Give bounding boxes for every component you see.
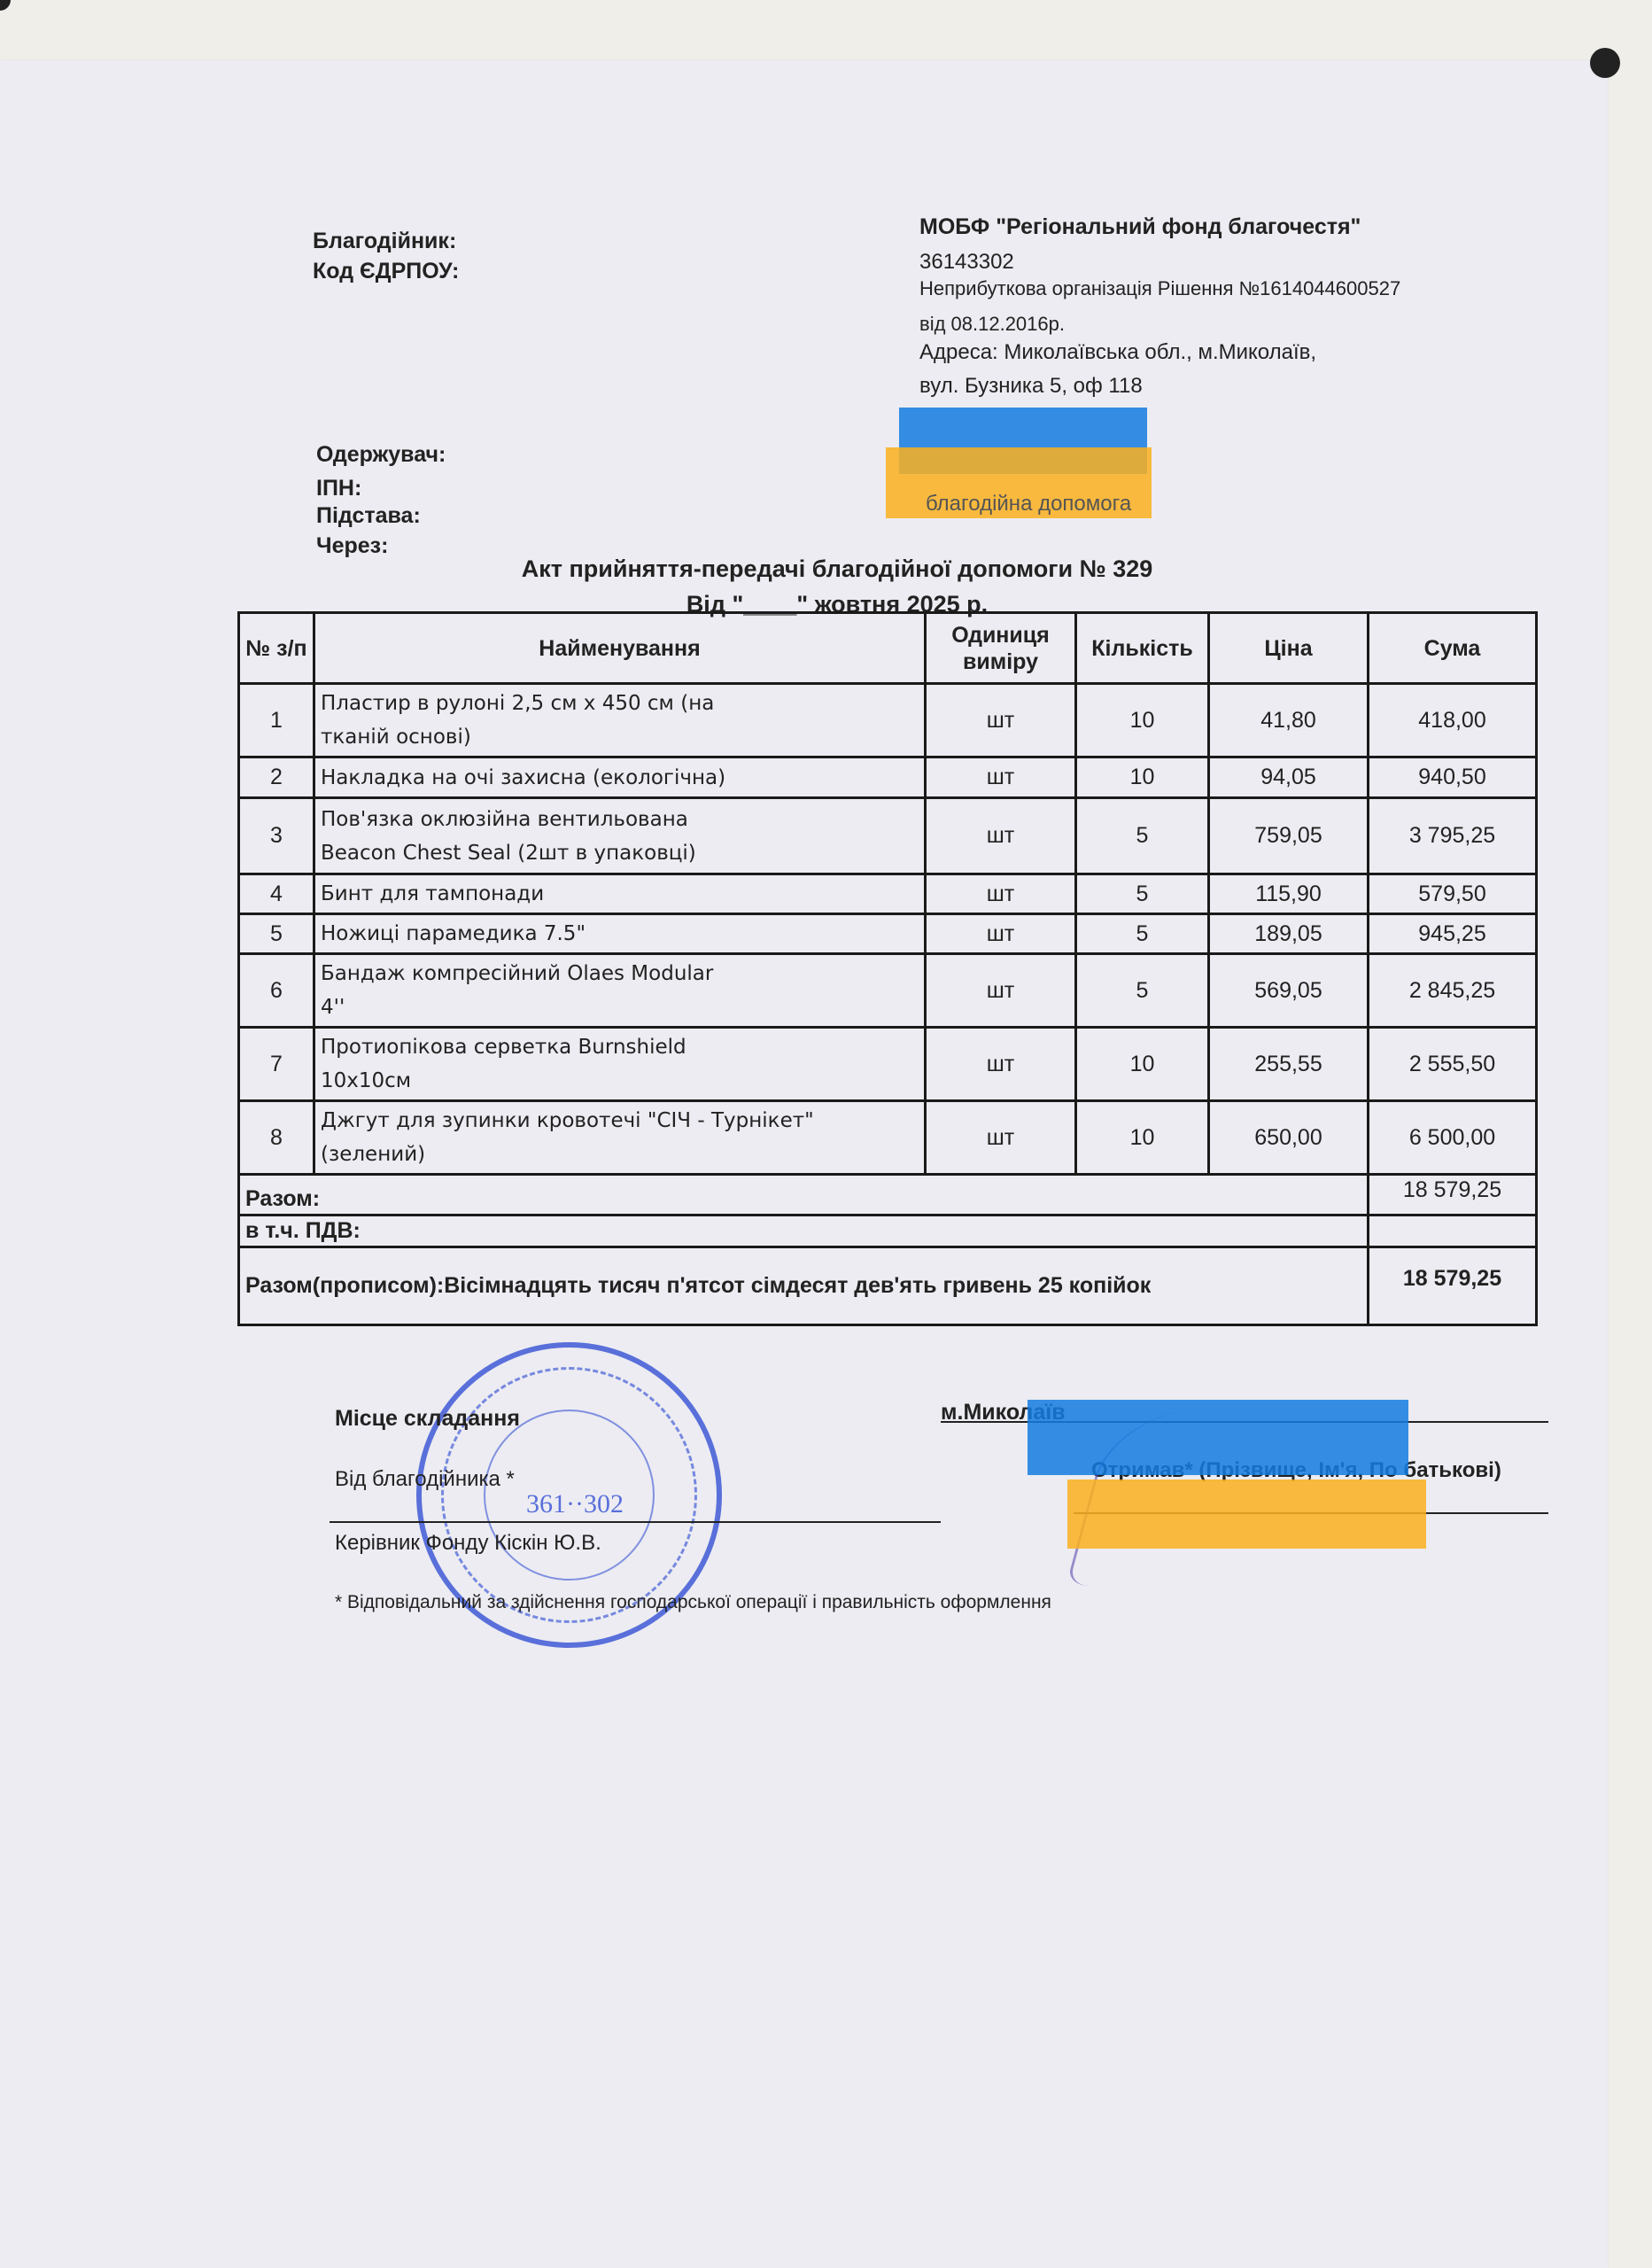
row-name: Протиопікова серветка Burnshield10x10см bbox=[314, 1028, 926, 1101]
row-sum: 945,25 bbox=[1369, 914, 1537, 954]
col-sum: Сума bbox=[1369, 613, 1537, 684]
row-name-line1: Джгут для зупинки кровотечі "СІЧ - Турні… bbox=[321, 1104, 919, 1138]
total-row: Разом: 18 579,25 bbox=[239, 1175, 1537, 1216]
row-name-line1: Ножиці парамедика 7.5" bbox=[321, 917, 919, 951]
donor-address-line1: Адреса: Миколаївська обл., м.Миколаїв, bbox=[919, 338, 1316, 367]
row-price: 94,05 bbox=[1209, 757, 1369, 798]
row-price: 41,80 bbox=[1209, 684, 1369, 757]
row-price: 759,05 bbox=[1209, 798, 1369, 874]
row-unit: шт bbox=[926, 1101, 1076, 1175]
donor-edrpou: 36143302 bbox=[919, 248, 1014, 276]
row-qty: 5 bbox=[1076, 914, 1209, 954]
row-name: Бандаж компресійний Olaes Modular4'' bbox=[314, 954, 926, 1028]
row-sum: 579,50 bbox=[1369, 874, 1537, 914]
row-name: Бинт для тампонади bbox=[314, 874, 926, 914]
table-row: 1Пластир в рулоні 2,5 см х 450 см (натка… bbox=[239, 684, 1537, 757]
col-qty: Кількість bbox=[1076, 613, 1209, 684]
row-num: 6 bbox=[239, 954, 314, 1028]
row-sum: 2 845,25 bbox=[1369, 954, 1537, 1028]
table-row: 4Бинт для тампонадишт5115,90579,50 bbox=[239, 874, 1537, 914]
table-row: 2Накладка на очі захисна (екологічна)шт1… bbox=[239, 757, 1537, 798]
row-qty: 5 bbox=[1076, 798, 1209, 874]
row-unit: шт bbox=[926, 914, 1076, 954]
row-name-line1: Пов'язка оклюзійна вентильована bbox=[321, 803, 919, 836]
ipn-label: ІПН: bbox=[316, 474, 361, 502]
table-row: 5Ножиці парамедика 7.5"шт5189,05945,25 bbox=[239, 914, 1537, 954]
row-num: 7 bbox=[239, 1028, 314, 1101]
col-price: Ціна bbox=[1209, 613, 1369, 684]
row-price: 650,00 bbox=[1209, 1101, 1369, 1175]
row-unit: шт bbox=[926, 684, 1076, 757]
via-label: Через: bbox=[316, 532, 388, 560]
row-sum: 2 555,50 bbox=[1369, 1028, 1537, 1101]
row-name: Ножиці парамедика 7.5" bbox=[314, 914, 926, 954]
row-name-line1: Протиопікова серветка Burnshield bbox=[321, 1030, 919, 1064]
row-sum: 3 795,25 bbox=[1369, 798, 1537, 874]
row-num: 3 bbox=[239, 798, 314, 874]
row-name-line2: (зелений) bbox=[321, 1138, 919, 1171]
row-num: 8 bbox=[239, 1101, 314, 1175]
row-num: 1 bbox=[239, 684, 314, 757]
total-value: 18 579,25 bbox=[1369, 1175, 1537, 1216]
place-label: Місце складання bbox=[335, 1404, 520, 1433]
document-title: Акт прийняття-передачі благодійної допом… bbox=[394, 555, 1280, 583]
row-qty: 5 bbox=[1076, 874, 1209, 914]
total-in-words-value: 18 579,25 bbox=[1369, 1247, 1537, 1325]
vat-label: в т.ч. ПДВ: bbox=[239, 1216, 1369, 1247]
donor-name: МОБФ "Регіональний фонд благочестя" bbox=[919, 214, 1361, 240]
basis-label: Підстава: bbox=[316, 501, 421, 530]
recipient-label: Одержувач: bbox=[316, 440, 446, 469]
row-name: Пластир в рулоні 2,5 см х 450 см (наткан… bbox=[314, 684, 926, 757]
row-name: Накладка на очі захисна (екологічна) bbox=[314, 757, 926, 798]
row-unit: шт bbox=[926, 798, 1076, 874]
row-name-line1: Накладка на очі захисна (екологічна) bbox=[321, 761, 919, 795]
row-unit: шт bbox=[926, 874, 1076, 914]
row-price: 255,55 bbox=[1209, 1028, 1369, 1101]
col-num: № з/п bbox=[239, 613, 314, 684]
total-in-words: Разом(прописом):Вісімнадцять тисяч п'ятс… bbox=[239, 1247, 1369, 1325]
vat-row: в т.ч. ПДВ: bbox=[239, 1216, 1537, 1247]
stamp-code: 361··302 bbox=[526, 1489, 624, 1519]
scan-corner-shadow bbox=[0, 0, 11, 11]
table-row: 7Протиопікова серветка Burnshield10x10см… bbox=[239, 1028, 1537, 1101]
row-unit: шт bbox=[926, 1028, 1076, 1101]
row-name: Джгут для зупинки кровотечі "СІЧ - Турні… bbox=[314, 1101, 926, 1175]
from-donor-label: Від благодійника * bbox=[335, 1467, 515, 1492]
row-name-line2: Beacon Chest Seal (2шт в упаковці) bbox=[321, 836, 919, 870]
row-name-line2: тканій основі) bbox=[321, 720, 919, 754]
col-name: Найменування bbox=[314, 613, 926, 684]
row-qty: 5 bbox=[1076, 954, 1209, 1028]
row-num: 2 bbox=[239, 757, 314, 798]
row-num: 4 bbox=[239, 874, 314, 914]
row-name-line1: Бинт для тампонади bbox=[321, 877, 919, 911]
row-qty: 10 bbox=[1076, 1101, 1209, 1175]
table-row: 6Бандаж компресійний Olaes Modular4''шт5… bbox=[239, 954, 1537, 1028]
row-name-line1: Бандаж компресійний Olaes Modular bbox=[321, 957, 919, 990]
donor-signature-line bbox=[330, 1521, 941, 1523]
footnote: * Відповідальний за здійснення господарс… bbox=[335, 1592, 1051, 1613]
row-qty: 10 bbox=[1076, 757, 1209, 798]
table-row: 3Пов'язка оклюзійна вентильованаBeacon C… bbox=[239, 798, 1537, 874]
total-label: Разом: bbox=[239, 1175, 1369, 1216]
edrpou-label: Код ЄДРПОУ: bbox=[313, 257, 459, 285]
row-sum: 418,00 bbox=[1369, 684, 1537, 757]
table-row: 8Джгут для зупинки кровотечі "СІЧ - Турн… bbox=[239, 1101, 1537, 1175]
row-name-line2: 4'' bbox=[321, 990, 919, 1024]
recipient-basis: благодійна допомога bbox=[926, 490, 1131, 518]
row-price: 189,05 bbox=[1209, 914, 1369, 954]
row-unit: шт bbox=[926, 757, 1076, 798]
donor-label: Благодійник: bbox=[313, 227, 456, 255]
row-unit: шт bbox=[926, 954, 1076, 1028]
row-name-line1: Пластир в рулоні 2,5 см х 450 см (на bbox=[321, 687, 919, 720]
items-table: № з/п Найменування Одиниця виміру Кількі… bbox=[237, 611, 1538, 1326]
row-num: 5 bbox=[239, 914, 314, 954]
row-qty: 10 bbox=[1076, 684, 1209, 757]
donor-status: Неприбуткова організація Рішення №161404… bbox=[919, 275, 1400, 303]
table-header-row: № з/п Найменування Одиниця виміру Кількі… bbox=[239, 613, 1537, 684]
row-price: 569,05 bbox=[1209, 954, 1369, 1028]
col-unit: Одиниця виміру bbox=[926, 613, 1076, 684]
donor-signatory: Керівник Фонду Кіскін Ю.В. bbox=[335, 1531, 601, 1556]
scan-corner-shadow bbox=[1590, 48, 1620, 78]
row-name-line2: 10x10см bbox=[321, 1064, 919, 1098]
row-sum: 6 500,00 bbox=[1369, 1101, 1537, 1175]
row-price: 115,90 bbox=[1209, 874, 1369, 914]
redaction-recipient-signatory bbox=[1067, 1480, 1426, 1549]
words-row: Разом(прописом):Вісімнадцять тисяч п'ятс… bbox=[239, 1247, 1537, 1325]
vat-value bbox=[1369, 1216, 1537, 1247]
donor-address-line2: вул. Бузника 5, оф 118 bbox=[919, 372, 1143, 400]
row-name: Пов'язка оклюзійна вентильованаBeacon Ch… bbox=[314, 798, 926, 874]
row-sum: 940,50 bbox=[1369, 757, 1537, 798]
redaction-signature-top bbox=[1028, 1400, 1408, 1475]
donor-status-date: від 08.12.2016р. bbox=[919, 310, 1065, 338]
row-qty: 10 bbox=[1076, 1028, 1209, 1101]
